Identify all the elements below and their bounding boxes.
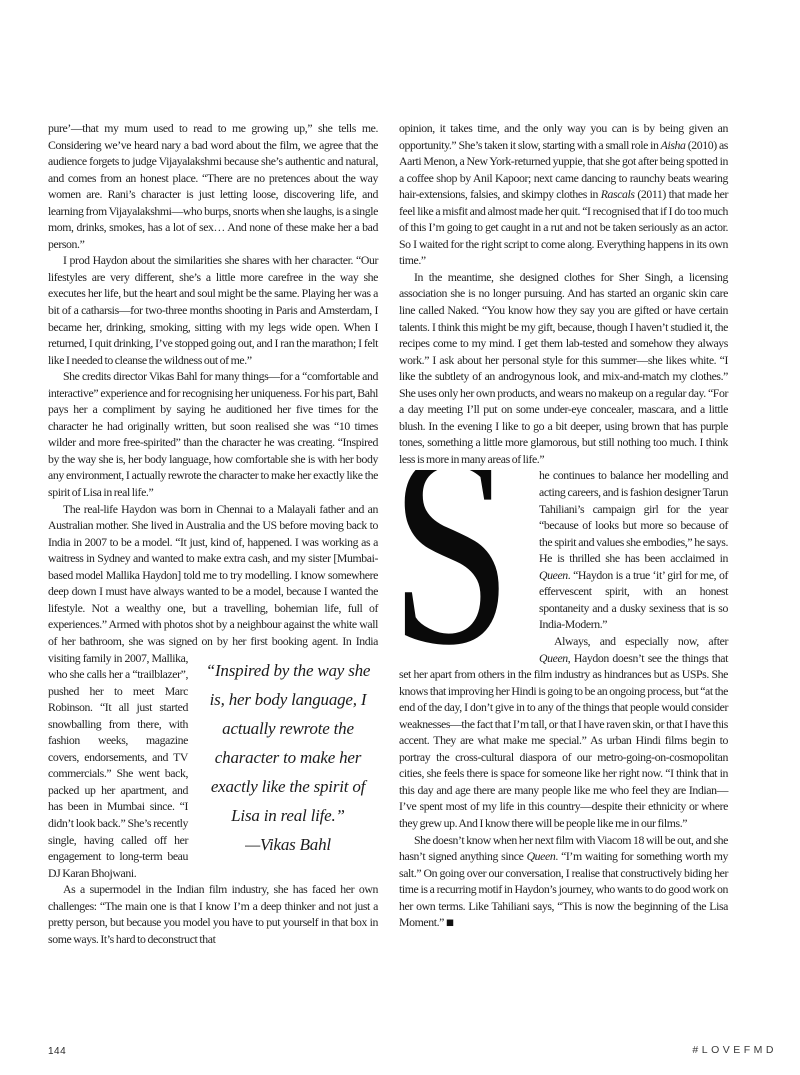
text-segment: She credits director Vikas Bahl for many… <box>48 369 378 499</box>
pull-quote: “Inspired by the way she is, her body la… <box>198 656 378 859</box>
text-segment-italic: Aisha <box>661 138 686 152</box>
text-segment-italic: Queen <box>539 651 568 665</box>
paragraph: She credits director Vikas Bahl for many… <box>48 368 378 500</box>
drop-cap-letter: S <box>399 470 512 657</box>
paragraph: In the meantime, she designed clothes fo… <box>399 269 728 468</box>
paragraph: The real-life Haydon was born in Chennai… <box>48 501 378 882</box>
right-column: opinion, it takes time, and the only way… <box>399 120 728 933</box>
text-segment: he continues to balance her modelling an… <box>539 468 728 565</box>
text-segment-italic: Queen <box>539 568 568 582</box>
magazine-page: pure’—that my mum used to read to me gro… <box>0 0 800 1075</box>
text-segment: Always, and especially now, after <box>554 634 728 648</box>
paragraph: She continues to balance her modelling a… <box>399 467 728 632</box>
brand-tag: #LOVEFMD <box>692 1044 777 1056</box>
text-segment: pure’—that my mum used to read to me gro… <box>48 121 378 251</box>
end-mark-icon: ■ <box>446 918 454 928</box>
pull-quote-text: “Inspired by the way she is, her body la… <box>198 656 378 830</box>
paragraph: Always, and especially now, after Queen,… <box>399 633 728 832</box>
text-segment: In the meantime, she designed clothes fo… <box>399 270 728 466</box>
paragraph: She doesn’t know when her next film with… <box>399 832 728 933</box>
pull-quote-attribution: —Vikas Bahl <box>198 830 378 859</box>
drop-cap: S <box>399 470 529 657</box>
paragraph: opinion, it takes time, and the only way… <box>399 120 728 269</box>
paragraph: I prod Haydon about the similarities she… <box>48 252 378 368</box>
paragraph: pure’—that my mum used to read to me gro… <box>48 120 378 252</box>
left-column: pure’—that my mum used to read to me gro… <box>48 120 378 947</box>
paragraph: As a supermodel in the Indian film indus… <box>48 881 378 947</box>
text-segment-italic: Queen <box>527 849 556 863</box>
text-segment: I prod Haydon about the similarities she… <box>48 253 378 366</box>
page-number: 144 <box>48 1046 66 1057</box>
text-segment: , Haydon doesn’t see the things that set… <box>399 651 728 830</box>
text-segment: . “Haydon is a true ‘it’ girl for me, of… <box>539 568 728 632</box>
text-segment-italic: Rascals <box>601 187 635 201</box>
text-segment: As a supermodel in the Indian film indus… <box>48 882 378 946</box>
text-segment: The real-life Haydon was born in Chennai… <box>48 502 378 648</box>
